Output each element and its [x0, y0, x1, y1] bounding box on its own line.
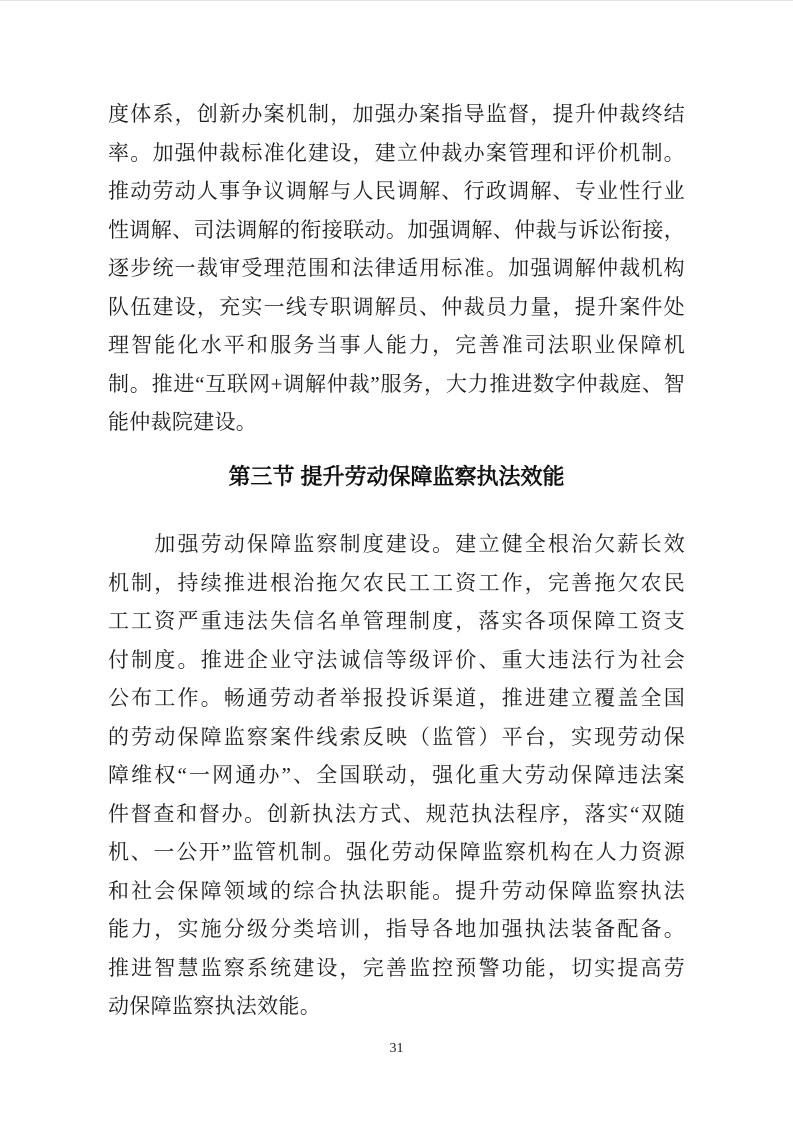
text-line: 工工资严重违法失信名单管理制度，落实各项保障工资支 — [108, 602, 685, 641]
text-line: 推进智慧监察系统建设，完善监控预警功能，切实提高劳 — [108, 949, 685, 988]
text-line: 能仲裁院建设。 — [108, 403, 685, 442]
section-heading: 第三节 提升劳动保障监察执法效能 — [108, 458, 685, 497]
text-line: 逐步统一裁审受理范围和法律适用标准。加强调解仲裁机构 — [108, 249, 685, 288]
text-line: 的劳动保障监察案件线索反映（监管）平台，实现劳动保 — [108, 718, 685, 757]
text-line: 动保障监察执法效能。 — [108, 987, 685, 1026]
text-line: 加强劳动保障监察制度建设。建立健全根治欠薪长效 — [108, 525, 685, 564]
paragraph-arbitration-continuation: 度体系，创新办案机制，加强办案指导监督，提升仲裁终结 率。加强仲裁标准化建设，建… — [108, 95, 685, 442]
text-line: 和社会保障领域的综合执法职能。提升劳动保障监察执法 — [108, 872, 685, 911]
text-line: 能力，实施分级分类培训，指导各地加强执法装备配备。 — [108, 910, 685, 949]
page-number: 31 — [0, 1039, 793, 1059]
text-line: 率。加强仲裁标准化建设，建立仲裁办案管理和评价机制。 — [108, 134, 685, 173]
text-line: 制。推进“互联网+调解仲裁”服务，大力推进数字仲裁庭、智 — [108, 365, 685, 404]
text-line: 度体系，创新办案机制，加强办案指导监督，提升仲裁终结 — [108, 95, 685, 134]
text-line: 理智能化水平和服务当事人能力，完善准司法职业保障机 — [108, 326, 685, 365]
text-line: 性调解、司法调解的衔接联动。加强调解、仲裁与诉讼衔接， — [108, 211, 685, 250]
text-line: 推动劳动人事争议调解与人民调解、行政调解、专业性行业 — [108, 172, 685, 211]
text-line: 机制，持续推进根治拖欠农民工工资工作，完善拖欠农民 — [108, 564, 685, 603]
text-line: 障维权“一网通办”、全国联动，强化重大劳动保障违法案 — [108, 756, 685, 795]
document-page: 度体系，创新办案机制，加强办案指导监督，提升仲裁终结 率。加强仲裁标准化建设，建… — [0, 0, 793, 1122]
text-line: 队伍建设，充实一线专职调解员、仲裁员力量，提升案件处 — [108, 288, 685, 327]
text-line: 公布工作。畅通劳动者举报投诉渠道，推进建立覆盖全国 — [108, 679, 685, 718]
text-line: 件督查和督办。创新执法方式、规范执法程序，落实“双随 — [108, 795, 685, 834]
text-line: 付制度。推进企业守法诚信等级评价、重大违法行为社会 — [108, 641, 685, 680]
paragraph-labor-inspection: 加强劳动保障监察制度建设。建立健全根治欠薪长效 机制，持续推进根治拖欠农民工工资… — [108, 525, 685, 1026]
text-line: 机、一公开”监管机制。强化劳动保障监察机构在人力资源 — [108, 833, 685, 872]
